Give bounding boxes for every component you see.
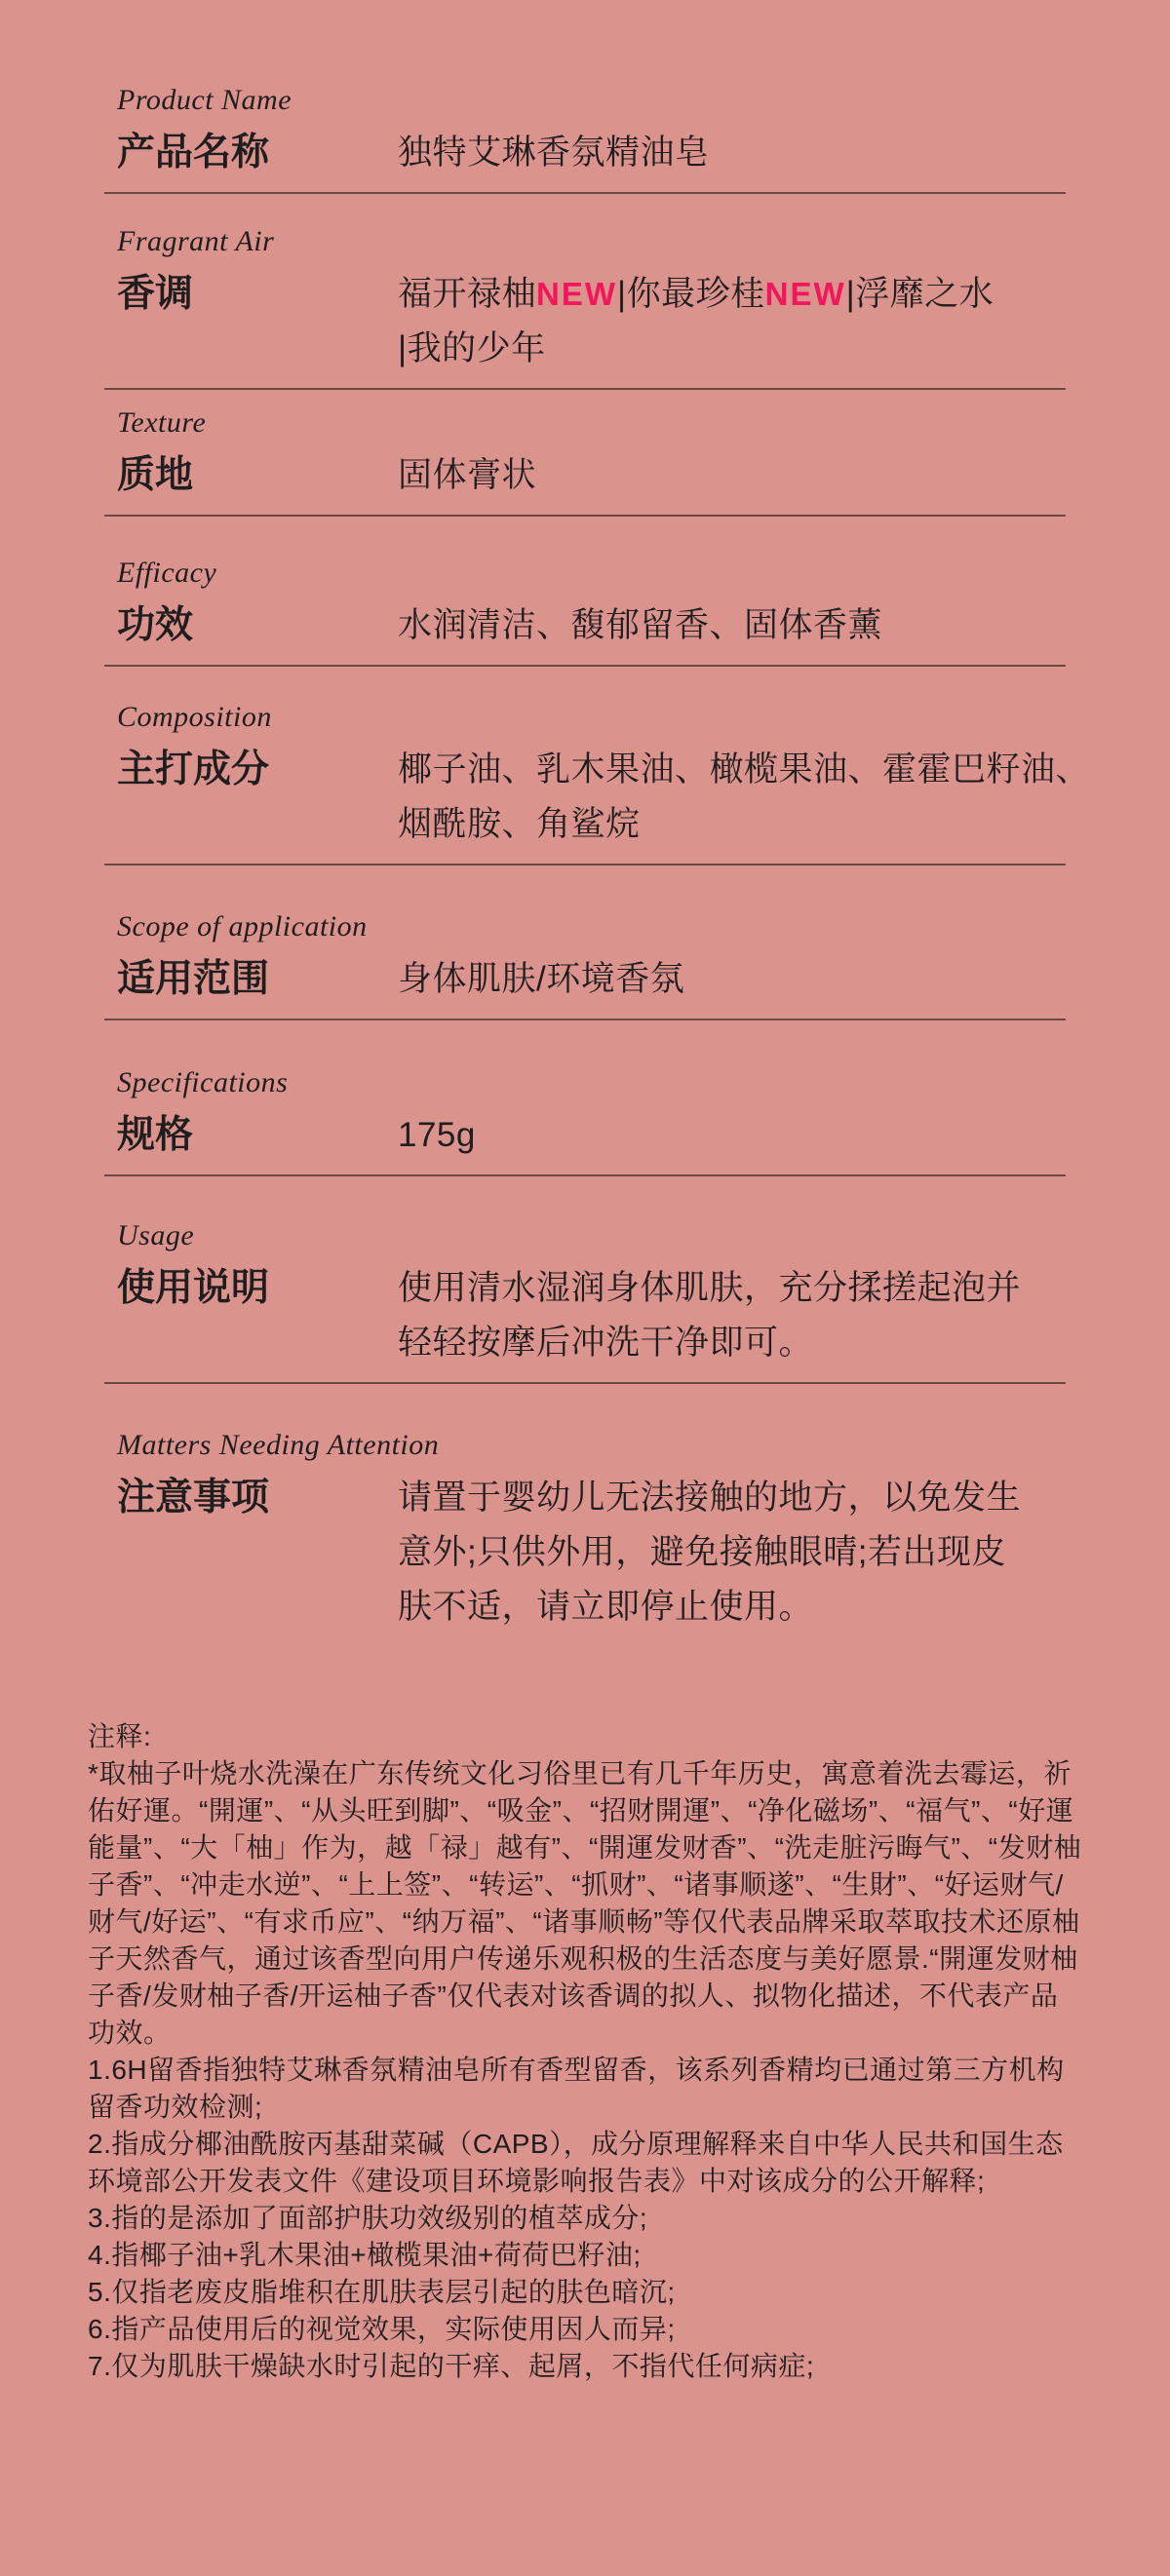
row-main: 产品名称 独特艾琳香氛精油皂 [117,126,1131,180]
value-line: 使用清水湿润身体肌肤，充分揉搓起泡并 [398,1261,1021,1316]
row-zh-label: 规格 [117,1108,398,1163]
row-value: 身体肌肤/环境香氛 [398,952,684,1007]
note-paragraph: *取柚子叶烧水洗澡在广东传统文化习俗里已有几千年历史，寓意着洗去霉运，祈佑好運。… [88,1755,1082,2052]
spec-row-texture: Texture 质地 固体膏状 [0,390,1170,515]
row-value: 175g [398,1108,476,1163]
value-line: 独特艾琳香氛精油皂 [398,126,710,180]
row-value: 水润清洁、馥郁留香、固体香薰 [398,598,882,653]
row-zh-label: 主打成分 [117,743,398,797]
row-value: 请置于婴幼儿无法接触的地方，以免发生意外;只供外用，避免接触眼晴;若出现皮肤不适… [398,1471,1021,1634]
row-en-label: Usage [117,1218,1131,1253]
value-line: 固体膏状 [398,448,536,503]
product-spec-page: Product Name 产品名称 独特艾琳香氛精油皂 Fragrant Air… [0,0,1170,2576]
row-value: 独特艾琳香氛精油皂 [398,126,710,180]
row-en-label: Matters Needing Attention [117,1428,1131,1463]
spec-row-usage: Usage 使用说明 使用清水湿润身体肌肤，充分揉搓起泡并轻轻按摩后冲洗干净即可… [0,1176,1170,1382]
spec-row-fragrance: Fragrant Air 香调 福开禄柚NEW|你最珍桂NEW|浮靡之水|我的少… [0,194,1170,388]
value-line: 意外;只供外用，避免接触眼晴;若出现皮 [398,1525,1021,1580]
note-paragraph: 3.指的是添加了面部护肤功效级别的植萃成分; [88,2200,1082,2237]
spec-row-attention: Matters Needing Attention 注意事项 请置于婴幼儿无法接… [0,1384,1170,1634]
row-zh-label: 注意事项 [117,1471,398,1525]
value-line: 烟酰胺、角鲨烷 [398,797,1090,852]
spec-row-composition: Composition 主打成分 椰子油、乳木果油、橄榄果油、霍霍巴籽油、烟酰胺… [0,667,1170,864]
value-line: 身体肌肤/环境香氛 [398,952,684,1007]
row-main: 适用范围 身体肌肤/环境香氛 [117,952,1131,1007]
note-paragraph: 5.仅指老废皮脂堆积在肌肤表层引起的肤色暗沉; [88,2274,1082,2311]
row-en-label: Composition [117,700,1131,735]
row-zh-label: 使用说明 [117,1261,398,1316]
spec-row-product-name: Product Name 产品名称 独特艾琳香氛精油皂 [0,0,1170,192]
note-paragraph: 1.6H留香指独特艾琳香氛精油皂所有香型留香，该系列香精均已通过第三方机构留香功… [88,2052,1082,2126]
spec-row-efficacy: Efficacy 功效 水润清洁、馥郁留香、固体香薰 [0,517,1170,665]
row-value: 椰子油、乳木果油、橄榄果油、霍霍巴籽油、烟酰胺、角鲨烷 [398,743,1090,852]
row-value: 固体膏状 [398,448,536,503]
row-main: 主打成分 椰子油、乳木果油、橄榄果油、霍霍巴籽油、烟酰胺、角鲨烷 [117,743,1131,852]
note-paragraph: 7.仅为肌肤干燥缺水时引起的干痒、起屑，不指代任何病症; [88,2348,1082,2385]
fragrance-text: |浮靡之水 [846,275,994,313]
row-en-label: Product Name [117,83,1131,118]
row-value: 使用清水湿润身体肌肤，充分揉搓起泡并轻轻按摩后冲洗干净即可。 [398,1261,1021,1370]
row-en-label: Scope of application [117,909,1131,944]
fragrance-text: |你最珍桂 [617,275,765,313]
value-line: 请置于婴幼儿无法接触的地方，以免发生 [398,1471,1021,1525]
value-line: 椰子油、乳木果油、橄榄果油、霍霍巴籽油、 [398,743,1090,797]
row-main: 注意事项 请置于婴幼儿无法接触的地方，以免发生意外;只供外用，避免接触眼晴;若出… [117,1471,1131,1634]
new-badge: NEW [536,276,617,312]
new-badge: NEW [765,276,846,312]
footnotes: 注释: *取柚子叶烧水洗澡在广东传统文化习俗里已有几千年历史，寓意着洗去霉运，祈… [88,1718,1082,2385]
row-en-label: Texture [117,405,1131,441]
row-main: 规格 175g [117,1108,1131,1163]
footnotes-title: 注释: [88,1718,1082,1755]
row-main: 使用说明 使用清水湿润身体肌肤，充分揉搓起泡并轻轻按摩后冲洗干净即可。 [117,1261,1131,1370]
fragrance-text: |我的少年 [398,329,546,367]
row-zh-label: 香调 [117,267,398,322]
spec-row-specifications: Specifications 规格 175g [0,1020,1170,1174]
row-en-label: Efficacy [117,556,1131,591]
row-main: 功效 水润清洁、馥郁留香、固体香薰 [117,598,1131,653]
row-zh-label: 功效 [117,598,398,653]
row-main: 质地 固体膏状 [117,448,1131,503]
note-paragraph: 4.指椰子油+乳木果油+橄榄果油+荷荷巴籽油; [88,2237,1082,2274]
value-line: 轻轻按摩后冲洗干净即可。 [398,1316,1021,1370]
row-value-fragrance: 福开禄柚NEW|你最珍桂NEW|浮靡之水|我的少年 [398,267,994,376]
row-zh-label: 适用范围 [117,952,398,1007]
spec-row-scope: Scope of application 适用范围 身体肌肤/环境香氛 [0,865,1170,1019]
note-paragraph: 6.指产品使用后的视觉效果，实际使用因人而异; [88,2311,1082,2348]
row-zh-label: 质地 [117,448,398,503]
row-en-label: Specifications [117,1065,1131,1100]
value-line: 水润清洁、馥郁留香、固体香薰 [398,598,882,653]
note-paragraph: 2.指成分椰油酰胺丙基甜菜碱（CAPB），成分原理解释来自中华人民共和国生态环境… [88,2126,1082,2200]
fragrance-text: 福开禄柚 [398,275,536,313]
value-line: 175g [398,1108,476,1163]
row-en-label: Fragrant Air [117,224,1131,259]
value-line: 肤不适，请立即停止使用。 [398,1580,1021,1634]
footnotes-body: *取柚子叶烧水洗澡在广东传统文化习俗里已有几千年历史，寓意着洗去霉运，祈佑好運。… [88,1755,1082,2385]
row-zh-label: 产品名称 [117,126,398,180]
row-main: 香调 福开禄柚NEW|你最珍桂NEW|浮靡之水|我的少年 [117,267,1131,376]
